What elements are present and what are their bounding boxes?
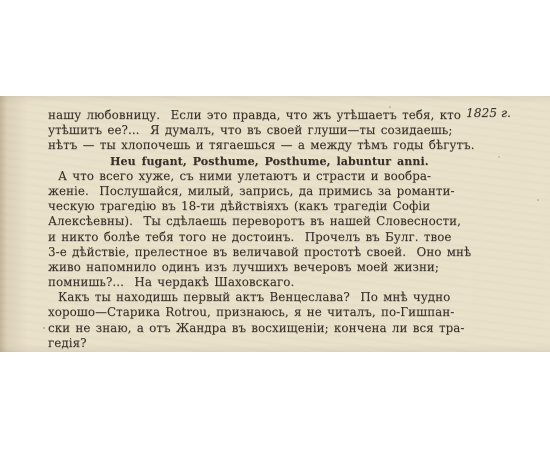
text-line: утѣшитъ ее?... Я думалъ, что въ своей гл… — [48, 123, 460, 138]
text-line: женіе. Послушайся, милый, запрись, да пр… — [48, 184, 460, 199]
text-line: нашу любовницу. Если это правда, что жъ … — [48, 108, 460, 123]
text-line: хорошо—Старика Rotrou, признаюсь, я не ч… — [48, 305, 460, 320]
text-line: ски не знаю, а отъ Жандра въ восхищеніи;… — [48, 321, 460, 336]
text-line: А что всего хуже, съ ними улетаютъ и стр… — [48, 169, 460, 184]
text-line: живо напомнило одинъ изъ лучшихъ вечеров… — [48, 260, 460, 275]
book-page-scan: 1825 г. нашу любовницу. Если это правда,… — [0, 96, 550, 352]
text-line: и никто болѣе тебя того не достоинъ. Про… — [48, 230, 460, 245]
text-line: нѣтъ — ты хлопочешь и тягаешься — а межд… — [48, 138, 460, 153]
text-line: Какъ ты находишь первый актъ Венцеслава?… — [48, 290, 460, 305]
scan-speck — [498, 156, 500, 158]
text-line: 3-е дѣйствіе, прелестное въ величавой пр… — [48, 245, 460, 260]
margin-year-label: 1825 г. — [466, 106, 511, 121]
text-line: ческую трагедію въ 18-ти дѣйствіяхъ (как… — [48, 199, 460, 214]
page-text-block: нашу любовницу. Если это правда, что жъ … — [48, 108, 460, 351]
latin-quote-line: Heu fugant, Posthume, Posthume, labuntur… — [48, 154, 460, 169]
text-line: гедія? — [48, 336, 460, 351]
scan-speck — [537, 199, 539, 201]
scan-speck — [389, 106, 391, 108]
text-line: Алексѣевны). Ты сдѣлаешь переворотъ въ н… — [48, 214, 460, 229]
scanned-page-viewport: 1825 г. нашу любовницу. Если это правда,… — [0, 0, 550, 450]
text-line: помнишь?... На чердакѣ Шаховскаго. — [48, 275, 460, 290]
scan-speck — [43, 327, 45, 329]
